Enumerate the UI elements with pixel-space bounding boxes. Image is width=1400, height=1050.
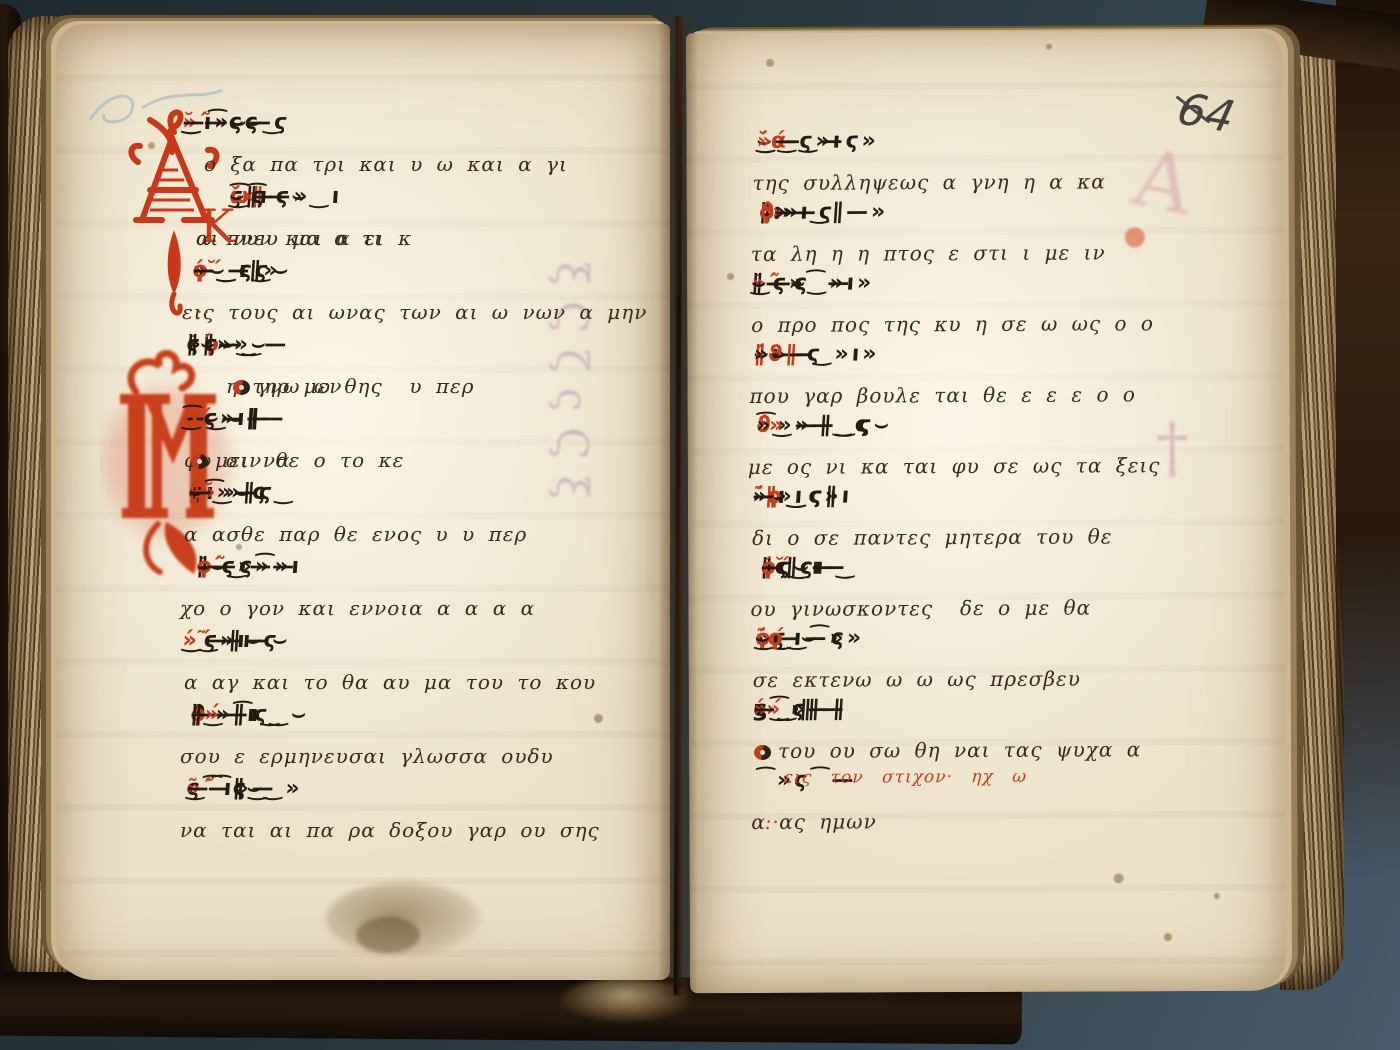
lyric-line: α αγ και το θα αυ μα του το κου xyxy=(184,670,674,700)
lyric-line: σε εκτενω ω ω ως πρεσβευ xyxy=(753,666,1245,698)
fthora-icon xyxy=(754,745,771,760)
lyric-text: αι νυν και α ει κ xyxy=(196,226,412,250)
neume-line: ς⁀ı»—˜΄‿—∥⌣‿»»˘—⁀ς‿ xyxy=(185,776,676,818)
lyric-line: α ασθε παρ θε ενος υ υ περ xyxy=(184,522,674,552)
neume-line: ΄⁀ϛ»ı∥—˜—‿⌣—ϙ΄‿⌣—∥ xyxy=(181,406,676,448)
red-neume-marks: :· xyxy=(751,810,780,834)
right-page-chant: ΄‿‿ϛ»ı˘α⌣—‿—ϛ»»΄‿—της συλληψεως α γνη η … xyxy=(742,127,1245,839)
neume-marks: »ϛ⌣‿ xyxy=(186,332,260,357)
neume-line: —ı‿ϛ∥˜ϙ»⌣‿ϛ»ı΄∥—»ı xyxy=(751,482,1246,526)
neume-line: ⌣ı—ϛ΄»»—‿»ı»∥ϑ∥»⌣— xyxy=(752,340,1245,384)
neume-line: ϛ∥ıω∥⌣⁀—»‿ı΄‿—ϛ⌣˘»⁀ς xyxy=(228,184,676,226)
chant-system: ‿ϛ»⁀—˘΄∥—⌣‿»ı»»˜⌣—ςο προ πος της κυ η σε… xyxy=(743,269,1243,342)
stain xyxy=(356,917,420,953)
lyric-line: του ου σω θη ναι τας ψυχα α xyxy=(747,737,1245,769)
neume-marks: ‿— xyxy=(756,129,804,154)
chant-system: ⁀»ϛ⁀—εις τον στιχον· ηχ ωα ας ημων :· xyxy=(745,766,1245,839)
neume-marks: ⁀ς xyxy=(229,184,268,209)
lyric-text: α ασθε παρ θε ενος υ υ περ xyxy=(184,522,527,546)
lyric-line: ο προ πος της κυ η σε ω ως ο ο xyxy=(751,311,1243,343)
lyric-line: τα λη η η πτος ε στι ι με ιν xyxy=(751,240,1243,272)
lyric-text: σε εκτενω ω ω ως πρεσβευ xyxy=(753,667,1081,692)
lyric-text: που γαρ βουλε ται θε ε ε ε ο ο xyxy=(749,382,1136,408)
lyric-text: τα λη η η πτος ε στι ι με ιν xyxy=(751,240,1106,266)
chant-system: ‿ϛ»ı—⌣΄˜»‿—⌣ϛ»΄‿—∥ıα αγ και το θα αυ μα … xyxy=(174,628,674,702)
lyric-line: που γαρ βουλε ται θε ε ε ε ο ο xyxy=(749,382,1243,414)
neume-marks: ∥‿—ı‿ xyxy=(190,702,284,727)
chant-system: ϑ⁀»»—‿ϛ⌣΄»»‿—∥‿ςμε ος νι κα ται φυ σε ως… xyxy=(744,411,1244,484)
lyric-line: ο ξα πα τρι και υ ω και α γι xyxy=(204,152,674,182)
lyric-text: της συλληψεως α γνη η α κα xyxy=(753,169,1106,195)
chant-system: —ı‿ϛ∥˜ϙ»⌣‿ϛ»ı΄∥—»ıδι ο σε παντες μητερα … xyxy=(744,482,1244,555)
neume-marks: ‿—∥ı xyxy=(182,628,255,653)
neume-marks: —‿ςϛ xyxy=(192,258,272,283)
chant-system: ϛ∥ıω∥⌣⁀—»‿ı΄‿—ϛ⌣˘»⁀ςω πνευ μα α τιΚαι νυ… xyxy=(174,184,674,258)
chant-system: ∥ϛ‿ı—΄˘»ϛ⌣—‿ϙ΄—∥ςıου γινωσκοντες δε ο με… xyxy=(744,553,1244,626)
neume-line: »ϛ‿⁀ς»ϙ΄⌣‿ı—»˜‿—⌣΄ϙ xyxy=(753,624,1246,668)
neume-line: ϑ—∥ıϙ΄—»⁀ϛ‿⌣˘»∥‿—ı‿ xyxy=(189,702,676,744)
stain xyxy=(148,142,155,149)
chant-system: ⌣ı—ϛ΄»»—‿»ı»∥ϑ∥»⌣—που γαρ βουλε ται θε ε… xyxy=(743,340,1243,413)
lyric-line: φυ σιν θε ο το κεμει να xyxy=(184,448,674,478)
lyric-text: χο ο γον και εννοια α α α α xyxy=(180,596,535,620)
rubric: εις τον στιχον· ηχ ω xyxy=(783,767,1028,788)
neume-marks: »‿—∥‿ς xyxy=(755,412,871,438)
stain xyxy=(1046,44,1052,50)
stain xyxy=(1164,933,1172,941)
stain xyxy=(1214,893,1220,899)
lyric-line: με ος νι κα ται φυ σε ως τα ξεις xyxy=(748,453,1244,485)
neume-line: ∥ϛ‿ı—΄˘»ϛ⌣—‿ϙ΄—∥ςı xyxy=(759,553,1246,597)
chant-system: ‿ı»⌣—ϛ˘΄‿—⌣⌣‿»˜—⁀ςςο ξα πα τρι και υ ω κ… xyxy=(174,110,674,184)
chant-system: ϛ⁀»∥∥˘⌣ı»—ϛ‿΄»—‿⌣ςα ασθε παρ θε ενος υ υ… xyxy=(174,480,674,554)
lyric-line: δι ο σε παντες μητερα του θε xyxy=(752,524,1244,556)
lyric-line: να ται αι πα ρα δοξου γαρ ου σης xyxy=(180,818,674,848)
left-page: ξϚζςϚξ ‿ı»⌣—ϛ˘΄‿—⌣⌣‿»˜—⁀ςςο ξα πα τρι κα… xyxy=(56,24,670,980)
lyric-text: να ται αι πα ρα δοξου γαρ ου σης xyxy=(180,818,600,842)
chant-system: ΄‿‿ϛ»ı˘α⌣—‿—ϛ»»΄‿—της συλληψεως α γνη η … xyxy=(742,127,1242,200)
neume-line: ∥ı»΄»ϛ—ı‿∥—»ϑ⌣»—ϛϙ xyxy=(757,198,1244,242)
neume-line: ΄‿‿ϛ»ı˘α⌣—‿—ϛ»»΄‿— xyxy=(755,127,1244,171)
lyric-text: του ου σω θη ναι τας ψυχα α xyxy=(778,737,1141,763)
chant-system: »ϛ‿⁀ς»ϙ΄⌣‿ı—»˜‿—⌣΄ϙσε εκτενω ω ω ως πρεσ… xyxy=(744,624,1244,697)
neume-marks: —⁀ς‿ xyxy=(186,776,271,801)
chant-system: ΄⁀ϛ»ı∥—˜—‿⌣—ϙ΄‿⌣—∥φυ σιν θε ο το κεμει ν… xyxy=(174,406,674,480)
lyric-line: εις τους αι ωνας των αι ω νων α μην :· xyxy=(182,300,674,330)
chant-system: ∥ı»΄»ϛ—ı‿∥—»ϑ⌣»—ϛϙτα λη η η πτος ε στι ι… xyxy=(743,198,1243,271)
lyric-line: η τηρ μενγνω ω θης υ περ xyxy=(226,374,674,404)
chant-system: —ϛ»»—˘΄∥⌣‿—»ıϙ˜⌣—ς⁀χο ο γον και εννοια α… xyxy=(174,554,674,628)
neume-marks: —∥ςı xyxy=(760,555,827,580)
lyric-text: με ος νι κα ται φυ σε ως τα ξεις xyxy=(748,453,1161,479)
lyric-line: α ας ημων :· xyxy=(751,808,1245,840)
right-cover-edge xyxy=(1336,0,1400,886)
neume-line: —‿ı∥»΄˘»⌣—‿⌣ϙ΄—‿ςϛ xyxy=(191,258,676,300)
fthora-icon xyxy=(191,454,208,469)
neume-marks: »⌣— xyxy=(753,342,814,367)
lyric-text: α αγ και το θα αυ μα του το κου xyxy=(184,670,596,694)
lyric-line: ου γινωσκοντες δε ο με θα xyxy=(750,595,1244,627)
neume-marks: —‿∥ xyxy=(753,697,815,722)
chant-system: ϑ—∥ıϙ΄—»⁀ϛ‿⌣˘»∥‿—ı‿σου ε ερμηνευσαι γλωσ… xyxy=(174,702,674,776)
lyric-text: εις τους αι ωνας των αι ω νων α μην xyxy=(182,300,647,324)
neume-marks: —⁀ςς xyxy=(182,110,262,135)
neume-marks: —‿⌣ς xyxy=(188,480,269,505)
neume-marks: ⌣—ς xyxy=(751,271,811,296)
lyric-line: ω πνευ μα α τιΚαι νυν και α ει κ xyxy=(196,226,674,256)
chant-system: —‿ı∥»΄˘»⌣—‿⌣ϙ΄—‿ςϛεις τους αι ωνας των α… xyxy=(174,258,674,332)
stain xyxy=(1114,873,1124,883)
lyric-text: γνω ω θης υ περ xyxy=(257,374,475,398)
chant-system: ς⁀ı»—˜΄‿—∥⌣‿»»˘—⁀ς‿να ται αι πα ρα δοξου… xyxy=(174,776,674,850)
lyric-text: μει να xyxy=(215,448,291,472)
lyric-text: ο προ πος της κυ η σε ω ως ο ο xyxy=(751,311,1154,337)
neume-marks: ‿⌣—∥ xyxy=(182,406,261,431)
manuscript-photo: ξϚζςϚξ ‿ı»⌣—ϛ˘΄‿—⌣⌣‿»˜—⁀ςςο ξα πα τρι κα… xyxy=(0,0,1400,1050)
lyric-text: ο ξα πα τρι και υ ω και α γι xyxy=(204,152,568,176)
stain xyxy=(727,273,734,280)
neume-line: —ϛ»»—˘΄∥⌣‿—»ıϙ˜⌣—ς⁀ xyxy=(195,554,676,596)
red-neume-marks: ΄ϙ xyxy=(754,626,786,651)
neume-line: ‿ϛ»⁀—˘΄∥—⌣‿»ı»»˜⌣—ς xyxy=(750,269,1245,313)
neume-marks: —»ı xyxy=(752,484,806,509)
neume-line: ⁀»ϛ⁀—εις τον στιχον· ηχ ω xyxy=(754,766,1247,810)
right-page: Α † ΄‿‿ϛ»ı˘α⌣—‿—ϛ»»΄‿—της συλληψεως α γν… xyxy=(686,31,1286,994)
lyric-text: ου γινωσκοντες δε ο με θα xyxy=(750,596,1091,621)
lyric-text: δι ο σε παντες μητερα του θε xyxy=(752,524,1112,550)
neume-line: ϛ∥»»⌣˘΄∥⌣—‿—»ϙ»ϛ⌣‿ xyxy=(185,332,676,374)
left-page-chant: ‿ı»⌣—ϛ˘΄‿—⌣⌣‿»˜—⁀ςςο ξα πα τρι και υ ω κ… xyxy=(174,110,674,850)
red-neume-marks: :· xyxy=(182,300,210,324)
fthora-icon xyxy=(233,380,250,395)
neume-line: ʒ‿ϛ∥—΄»ς⁀»—∥»΄—‿∥ xyxy=(752,695,1247,739)
neume-line: ‿ϛ»ı—⌣΄˜»‿—⌣ϛ»΄‿—∥ı xyxy=(181,628,676,670)
lyric-line: χο ο γον και εννοια α α α α xyxy=(180,596,674,626)
stain xyxy=(766,59,774,67)
page-edge-stack-right xyxy=(1280,24,1344,990)
red-neume-marks: ϙ xyxy=(758,200,778,225)
chant-system: ʒ‿ϛ∥—΄»ς⁀»—∥»΄—‿∥του ου σω θη ναι τας ψυ… xyxy=(745,695,1245,768)
lyric-line: της συλληψεως α γνη η α κα xyxy=(753,169,1243,201)
lyric-text: σου ε ερμηνευσαι γλωσσα ουδυ xyxy=(180,744,554,768)
neume-line: ϑ⁀»»—‿ϛ⌣΄»»‿—∥‿ς xyxy=(754,411,1245,455)
lyric-line: σου ε ερμηνευσαι γλωσσα ουδυ xyxy=(180,744,674,774)
neume-line: ϛ⁀»∥∥˘⌣ı»—ϛ‿΄»—‿⌣ς xyxy=(187,480,676,522)
chant-system: ϛ∥»»⌣˘΄∥⌣—‿—»ϙ»ϛ⌣‿η τηρ μενγνω ω θης υ π… xyxy=(174,332,674,406)
neume-marks: ⌣—ς⁀ xyxy=(196,554,277,579)
neume-line: ‿ı»⌣—ϛ˘΄‿—⌣⌣‿»˜—⁀ςς xyxy=(181,110,676,152)
